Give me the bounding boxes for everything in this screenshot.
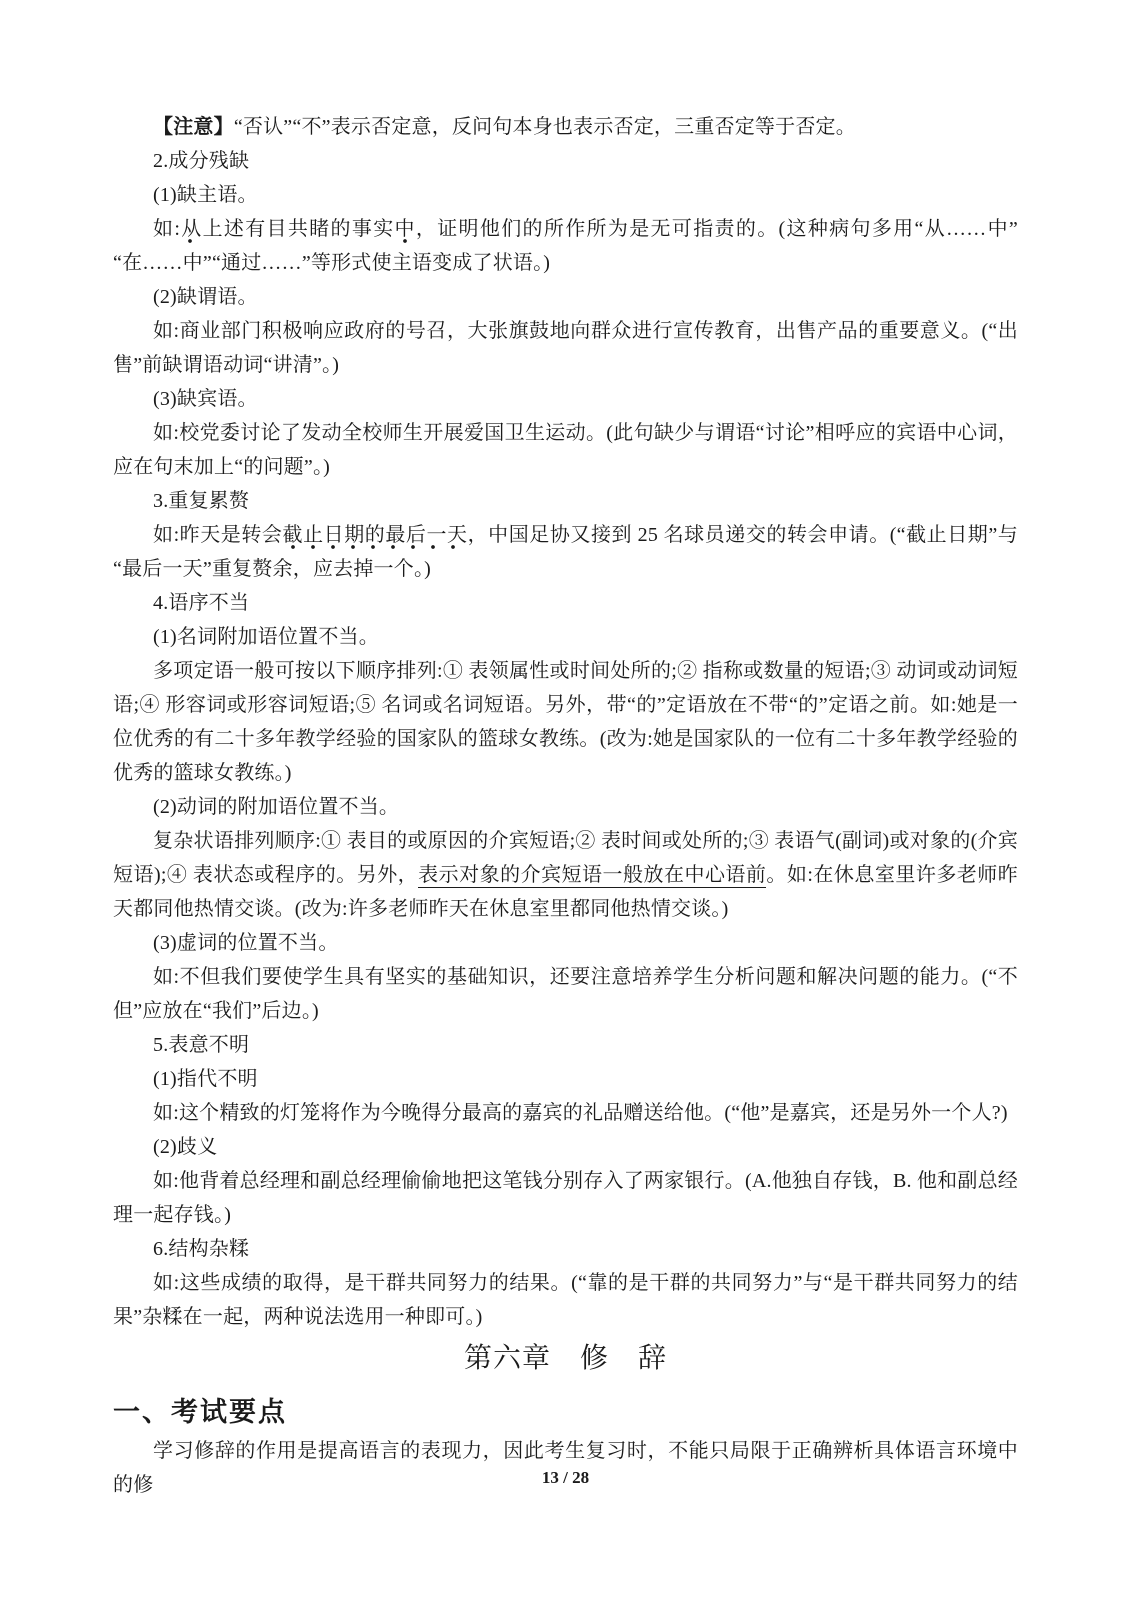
text-run: “否认”“不”表示否定意，反问句本身也表示否定，三重否定等于否定。 (234, 116, 856, 138)
paragraph: 如:校党委讨论了发动全校师生开展爱国卫生运动。(此句缺少与谓语“讨论”相呼应的宾… (113, 416, 1018, 484)
text-run: 第六章 修 辞 (464, 1343, 667, 1374)
paragraph: (3)虚词的位置不当。 (113, 926, 1018, 960)
section-heading: 一、考试要点 (113, 1390, 1018, 1434)
paragraph: 4.语序不当 (113, 586, 1018, 620)
paragraph: 多项定语一般可按以下顺序排列:① 表领属性或时间处所的;② 指称或数量的短语;③… (113, 654, 1018, 790)
text-run: 一、考试要点 (113, 1397, 287, 1427)
text-run: 上述有目共睹的事实 (203, 218, 395, 240)
text-run: 如:昨天是转会 (153, 524, 283, 546)
paragraph: 2.成分残缺 (113, 144, 1018, 178)
paragraph: (2)动词的附加语位置不当。 (113, 790, 1018, 824)
paragraph: (3)缺宾语。 (113, 382, 1018, 416)
page-number: 13 / 28 (542, 1468, 589, 1487)
paragraph: (1)指代不明 (113, 1062, 1018, 1096)
document-page: 【注意】“否认”“不”表示否定意，反问句本身也表示否定，三重否定等于否定。2.成… (0, 0, 1131, 1600)
text-run: 如:他背着总经理和副总经理偷偷地把这笔钱分别存入了两家银行。(A.他独自存钱，B… (113, 1170, 1018, 1226)
paragraph: 如:这个精致的灯笼将作为今晚得分最高的嘉宾的礼品赠送给他。(“他”是嘉宾，还是另… (113, 1096, 1018, 1130)
text-run: (2)缺谓语。 (153, 286, 258, 308)
emphasis-dots-text: 从 (180, 218, 202, 244)
text-run: 5.表意不明 (153, 1034, 249, 1056)
emphasis-dots-text: 截止日期的最后一天 (283, 524, 468, 550)
paragraph: (1)名词附加语位置不当。 (113, 620, 1018, 654)
chapter-heading: 第六章 修 辞 (113, 1338, 1018, 1380)
page-footer: 13 / 28 (0, 1468, 1131, 1488)
text-run: (1)缺主语。 (153, 184, 258, 206)
paragraph: 如:商业部门积极响应政府的号召，大张旗鼓地向群众进行宣传教育，出售产品的重要意义… (113, 314, 1018, 382)
text-run: 多项定语一般可按以下顺序排列:① 表领属性或时间处所的;② 指称或数量的短语;③… (113, 660, 1018, 784)
paragraph: 3.重复累赘 (113, 484, 1018, 518)
paragraph: 如:从上述有目共睹的事实中，证明他们的所作所为是无可指责的。(这种病句多用“从…… (113, 212, 1018, 280)
emphasis-dots-text: 中 (395, 218, 416, 244)
paragraph: (1)缺主语。 (113, 178, 1018, 212)
paragraph: 如:他背着总经理和副总经理偷偷地把这笔钱分别存入了两家银行。(A.他独自存钱，B… (113, 1164, 1018, 1232)
text-run: 如:这些成绩的取得，是干群共同努力的结果。(“靠的是干群的共同努力”与“是干群共… (113, 1272, 1018, 1328)
paragraph: (2)缺谓语。 (113, 280, 1018, 314)
text-run: 2.成分残缺 (153, 150, 249, 172)
text-run: 如:这个精致的灯笼将作为今晚得分最高的嘉宾的礼品赠送给他。(“他”是嘉宾，还是另… (153, 1102, 1008, 1124)
text-run: 6.结构杂糅 (153, 1238, 249, 1260)
paragraph: 如:不但我们要使学生具有坚实的基础知识，还要注意培养学生分析问题和解决问题的能力… (113, 960, 1018, 1028)
text-run: 4.语序不当 (153, 592, 249, 614)
paragraph: 如:昨天是转会截止日期的最后一天，中国足协又接到 25 名球员递交的转会申请。(… (113, 518, 1018, 586)
paragraph: 复杂状语排列顺序:① 表目的或原因的介宾短语;② 表时间或处所的;③ 表语气(副… (113, 824, 1018, 926)
text-run: (1)名词附加语位置不当。 (153, 626, 379, 648)
paragraph: (2)歧义 (113, 1130, 1018, 1164)
text-run: 如:校党委讨论了发动全校师生开展爱国卫生运动。(此句缺少与谓语“讨论”相呼应的宾… (113, 422, 1018, 478)
text-run: 如: (153, 218, 180, 240)
paragraph: 6.结构杂糅 (113, 1232, 1018, 1266)
text-run: 如:商业部门积极响应政府的号召，大张旗鼓地向群众进行宣传教育，出售产品的重要意义… (113, 320, 1018, 376)
text-run: (3)虚词的位置不当。 (153, 932, 339, 954)
underlined-text: 表示对象的介宾短语一般放在中心语前 (418, 864, 766, 888)
text-run: 如:不但我们要使学生具有坚实的基础知识，还要注意培养学生分析问题和解决问题的能力… (113, 966, 1018, 1022)
text-run: (1)指代不明 (153, 1068, 258, 1090)
bold-text: 【注意】 (153, 116, 234, 138)
paragraph: 【注意】“否认”“不”表示否定意，反问句本身也表示否定，三重否定等于否定。 (113, 110, 1018, 144)
text-run: (3)缺宾语。 (153, 388, 258, 410)
text-run: (2)歧义 (153, 1136, 217, 1158)
paragraph: 5.表意不明 (113, 1028, 1018, 1062)
text-run: 3.重复累赘 (153, 490, 249, 512)
document-body: 【注意】“否认”“不”表示否定意，反问句本身也表示否定，三重否定等于否定。2.成… (113, 110, 1018, 1502)
paragraph: 如:这些成绩的取得，是干群共同努力的结果。(“靠的是干群的共同努力”与“是干群共… (113, 1266, 1018, 1334)
text-run: (2)动词的附加语位置不当。 (153, 796, 399, 818)
